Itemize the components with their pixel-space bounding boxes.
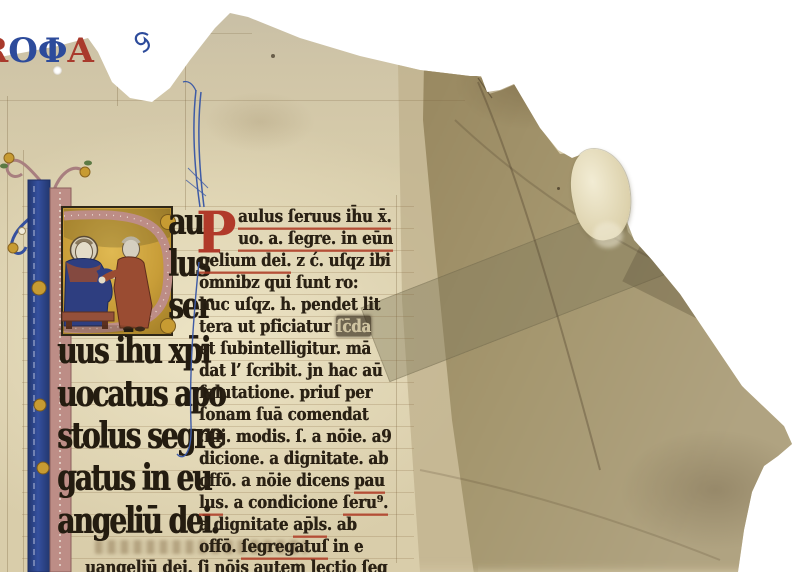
gloss-text: uangeliū dei. ſi nōis autem lectio ſeq [85,557,387,572]
running-title-letter-2: Φ [38,34,68,68]
gloss-text: .iiij. modis. ſ. a nōie. a9 [199,426,391,447]
large-text-line: uus ih̄u xp̄i [57,333,209,369]
manuscript-photo: ROΦA [0,0,800,572]
gloss-line: dicione. a dignitate. ab [199,450,388,467]
gloss-text: huc uſqz. h. pendet lit [199,294,380,315]
gloss-underlined-word: aulus ſeruus ih̄u x̄. [238,206,391,228]
gloss-text: ſalutatione. priuſ per [199,382,372,403]
gloss-underlined-word: ſeru⁹. [343,492,388,514]
gloss-line: offō. ſegregatuſ in e [199,538,363,555]
gloss-underlined-word: lus [199,492,223,514]
gloss-line: aulus ſeruus ih̄u x̄. [238,208,391,225]
gloss-line: et ſubintelligitur. mā [199,340,371,357]
gloss-text: . a condicione [223,492,342,513]
gloss-text: z ć. uſqz ibi [291,250,390,271]
gloss-text: offō. a nōie dicens [199,470,354,491]
large-text-line: gatus in eu [57,460,210,496]
gloss-underlined-word: uo. a. ſegre. in eūn [238,228,393,250]
scuffed-patch [593,222,623,248]
running-title: ROΦA [0,34,94,68]
gloss-line: .iiij. modis. ſ. a nōie. a9 [199,428,391,445]
gloss-underlined-word: pau [354,470,385,492]
gloss-line: omnibz qui ſunt ro: [199,274,358,291]
gloss-line: uo. a. ſegre. in eūn [238,230,393,247]
gloss-line: a dignitate ap̄ls. ab [199,516,357,533]
gloss-text: in e [328,536,364,557]
blue-bar-border [28,180,50,572]
gold-ball [32,281,46,295]
gloss-line: ſonam ſuā comendat [199,406,368,423]
gloss-text: dat l’ ſcribit. jn hac aū [199,360,382,381]
gloss-line-cut-off: uangeliū dei. ſi nōis autem lectio ſeq [85,559,387,572]
large-text-line: angeliū dei. [57,503,218,539]
gloss-line: lus. a condicione ſeru⁹. [199,494,388,511]
gloss-line: dat l’ ſcribit. jn hac aū [199,362,382,379]
gloss-text: et ſubintelligitur. mā [199,338,371,359]
gloss-text: dicione. a dignitate. ab [199,448,388,469]
gold-ball [34,399,46,411]
gold-ball [37,462,49,474]
gloss-text: offō. [199,536,241,557]
gloss-initial-P: P [196,204,237,261]
gloss-text: tera ut pficiatur [199,316,336,337]
paraph-icon [131,30,153,56]
gloss-text: a dignitate [199,514,293,535]
gloss-text: ſc̄da [336,316,371,337]
gloss-text: . ab [327,514,357,535]
gloss-text: omnibz qui ſunt ro: [199,272,358,293]
gloss-line: offō. a nōie dicens pau [199,472,385,489]
gloss-text: ſonam ſuā comendat [199,404,368,425]
gloss-underlined-word: ap̄ls [293,514,327,536]
gloss-line: ſalutatione. priuſ per [199,384,372,401]
running-title-letter-3: A [68,34,94,68]
gloss-line: tera ut pficiatur ſc̄da [199,318,371,335]
gloss-underlined-word: ſegregatuſ [241,536,327,558]
running-title-letter-1: O [8,34,38,68]
gloss-line: huc uſqz. h. pendet lit [199,296,380,313]
running-title-letter-0: R [0,34,8,68]
large-text-line: stolus segre [57,418,223,454]
